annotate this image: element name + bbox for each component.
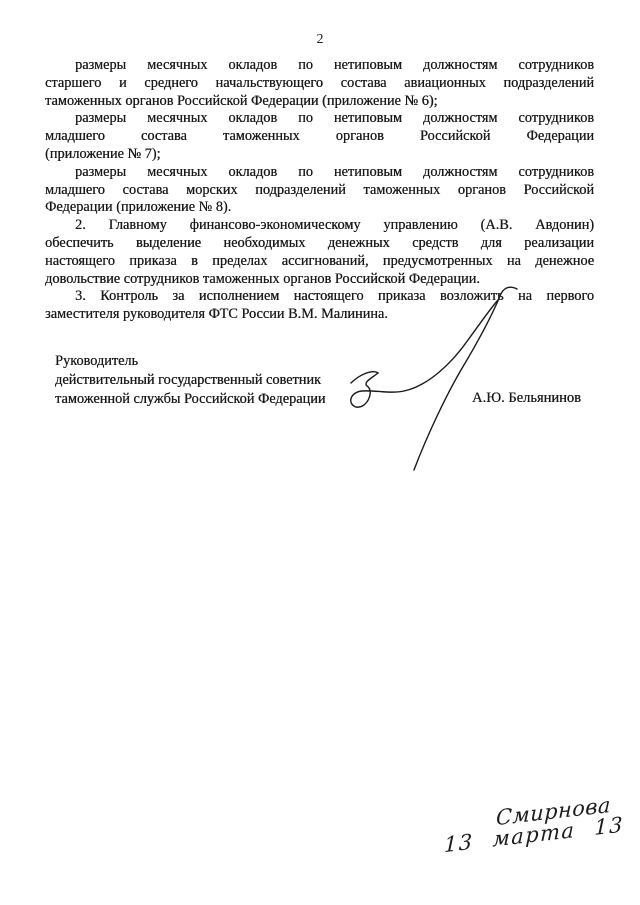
paragraph-line: размеры месячных окладов по нетиповым до… — [45, 57, 594, 75]
signer-title-line: действительный государственный советник — [55, 371, 415, 390]
signer-name: А.Ю. Бельянинов — [472, 390, 581, 407]
paragraph-line: младшего состава морских подразделений т… — [45, 182, 594, 200]
paragraph-line: младшего состава таможенных органов Росс… — [45, 128, 594, 146]
signer-title-line: Руководитель — [55, 352, 415, 371]
paragraph-line: 3. Контроль за исполнением настоящего пр… — [45, 288, 594, 306]
paragraph-line: Федерации (приложение № 8). — [45, 199, 594, 217]
paragraph-line: довольствие сотрудников таможенных орган… — [45, 271, 594, 289]
paragraph-line: старшего и среднего начальствующего сост… — [45, 75, 594, 93]
scanned-document-page: 2 размеры месячных окладов по нетиповым … — [0, 0, 640, 905]
paragraph-line: 2. Главному финансово-экономическому упр… — [45, 217, 594, 235]
paragraph-line: размеры месячных окладов по нетиповым до… — [45, 110, 594, 128]
signature-title-block: Руководитель действительный государствен… — [55, 352, 415, 409]
document-body: размеры месячных окладов по нетиповым до… — [45, 57, 594, 324]
paragraph-line: обеспечить выделение необходимых денежны… — [45, 235, 594, 253]
paragraph-line: (приложение № 7); — [45, 146, 594, 164]
signer-title-line: таможенной службы Российской Федерации — [55, 390, 415, 409]
paragraph-line: размеры месячных окладов по нетиповым до… — [45, 164, 594, 182]
paragraph-line: таможенных органов Российской Федерации … — [45, 93, 594, 111]
page-number: 2 — [0, 32, 640, 48]
paragraph-line: настоящего приказа в пределах ассигнован… — [45, 253, 594, 271]
paragraph-line: заместителя руководителя ФТС России В.М.… — [45, 306, 594, 324]
